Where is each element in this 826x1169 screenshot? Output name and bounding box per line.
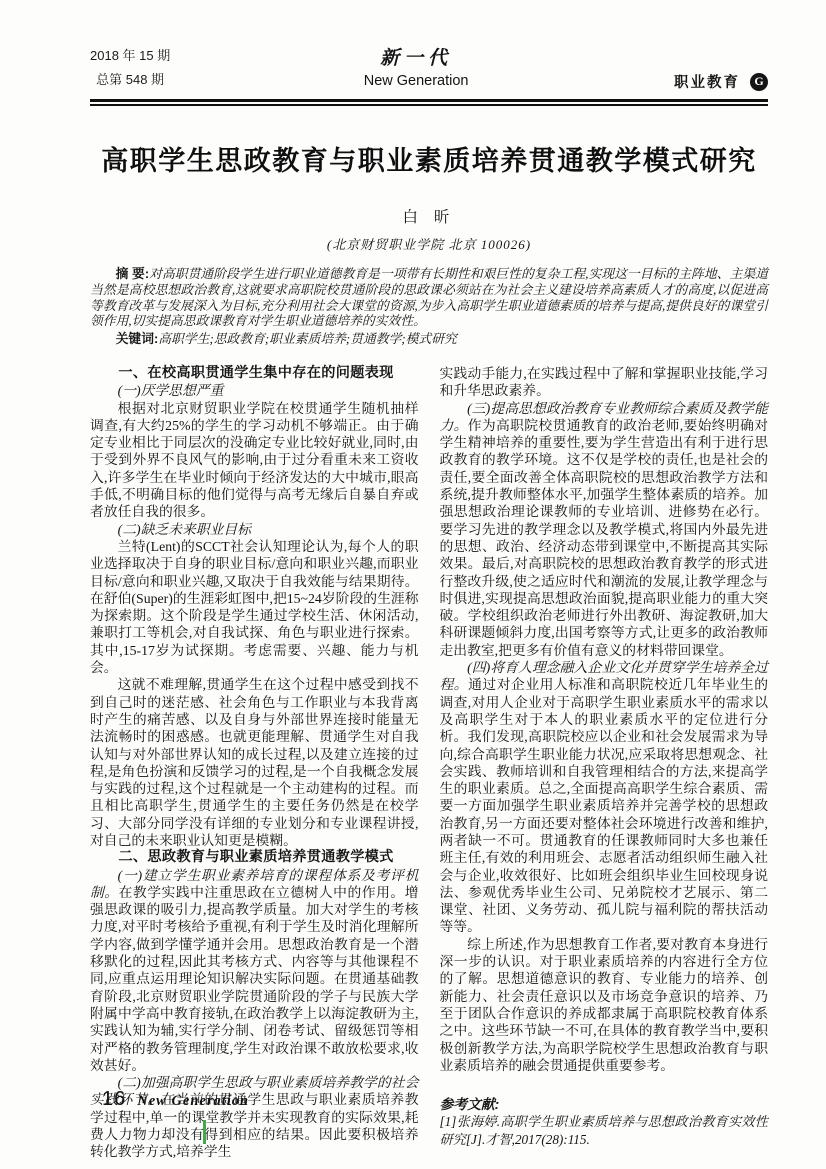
keywords-line: 关键词:高职学生;思政教育;职业素质培养;贯通教学;模式研究 [90,331,768,348]
paragraph-continuation: 实践动手能力,在实践过程中了解和掌握职业技能,学习和升华思政素养。 [440,365,769,400]
right-column: 实践动手能力,在实践过程中了解和掌握职业技能,学习和升华思政素养。 (三)提高思… [440,365,769,1161]
paragraph: (四)将育人理念融入企业文化并贯穿学生培养全过程。通过对企业用人标准和高职院校近… [440,659,769,936]
article-title: 高职学生思政教育与职业素质培养贯通教学模式研究 [90,139,768,178]
article-body: 一、在校高职贯通学生集中存在的问题表现 (一)厌学思想严重 根据对北京财贸职业学… [90,365,768,1161]
subheading-1-1: (一)厌学思想严重 [90,382,419,399]
scan-artifact-green-mark [203,1120,206,1144]
journal-title-en: New Generation [364,70,469,92]
issue-info: 2018 年 15 期 总第 548 期 [90,44,170,92]
abstract-text: 对高职贯通阶段学生进行职业道德教育是一项带有长期性和艰巨性的复杂工程,实现这一目… [90,267,768,328]
page-footer: 16 New Generation [102,1088,249,1111]
abstract-block: 摘 要:对高职贯通阶段学生进行职业道德教育是一项带有长期性和艰巨性的复杂工程,实… [90,266,768,348]
paragraph-text: 在教学实践中注重思政在立德树人中的作用。增强思政课的吸引力,提高教学质量。加大对… [90,885,419,1073]
author-affiliation: (北京财贸职业学院 北京 100026) [90,234,768,253]
paragraph: 根据对北京财贸职业学院在校贯通学生随机抽样调查,有大约25%的学生的学习动机不够… [90,400,419,521]
reference-item: [1]张海婷.高职学生职业素质培养与思想政治教育实效性研究[J].才智,2017… [440,1113,769,1148]
journal-page: 2018 年 15 期 总第 548 期 新一代 New Generation … [0,0,826,1169]
page-header: 2018 年 15 期 总第 548 期 新一代 New Generation … [90,44,768,92]
references-heading: 参考文献: [440,1096,769,1113]
section-heading-1: 一、在校高职贯通学生集中存在的问题表现 [90,365,419,382]
footer-journal-name: New Generation [137,1093,249,1110]
paragraph-text: 通过对企业用人标准和高职院校近几年毕业生的调查,对用人企业对于高职学生职业素质水… [440,677,769,934]
keywords-text: 高职学生;思政教育;职业素质培养;贯通教学;模式研究 [158,332,457,346]
paragraph: (一)建立学生职业素养培育的课程体系及考评机制。在教学实践中注重思政在立德树人中… [90,867,419,1075]
header-divider [90,99,768,106]
left-column: 一、在校高职贯通学生集中存在的问题表现 (一)厌学思想严重 根据对北京财贸职业学… [90,365,419,1161]
section-block: 职业教育 G [674,71,768,92]
paragraph: 这就不难理解,贯通学生在这个过程中感受到找不到自己时的迷茫感、社会角色与工作职业… [90,676,419,849]
paragraph-text: 作为高职院校贯通教育的政治老师,要始终明确对学生精神培养的重要性,要为学生营造出… [440,418,769,658]
section-name: 职业教育 [674,71,740,92]
author-name: 白 昕 [90,205,768,227]
abstract-label: 摘 要: [116,266,150,281]
subheading-1-2: (二)缺乏未来职业目标 [90,521,419,538]
keywords-label: 关键词: [116,331,159,346]
paragraph: 兰特(Lent)的SCCT社会认知理论认为,每个人的职业选择取决于自身的职业目标… [90,538,419,676]
issue-total-number: 总第 548 期 [90,68,170,92]
paragraph: (三)提高思想政治教育专业教师综合素质及教学能力。作为高职院校贯通教育的政治老师… [440,400,769,659]
issue-year-number: 2018 年 15 期 [90,44,170,68]
page-number: 16 [102,1088,126,1111]
journal-logo-icon: G [750,73,768,91]
abstract-paragraph: 摘 要:对高职贯通阶段学生进行职业道德教育是一项带有长期性和艰巨性的复杂工程,实… [90,266,768,330]
section-heading-2: 二、思政教育与职业素质培养贯通教学模式 [90,849,419,866]
journal-masthead: 新一代 New Generation [364,48,469,92]
paragraph: 综上所述,作为思想教育工作者,要对教育本身进行深一步的认识。对于职业素质培养的内… [440,936,769,1074]
journal-title-cn: 新一代 [364,48,469,70]
